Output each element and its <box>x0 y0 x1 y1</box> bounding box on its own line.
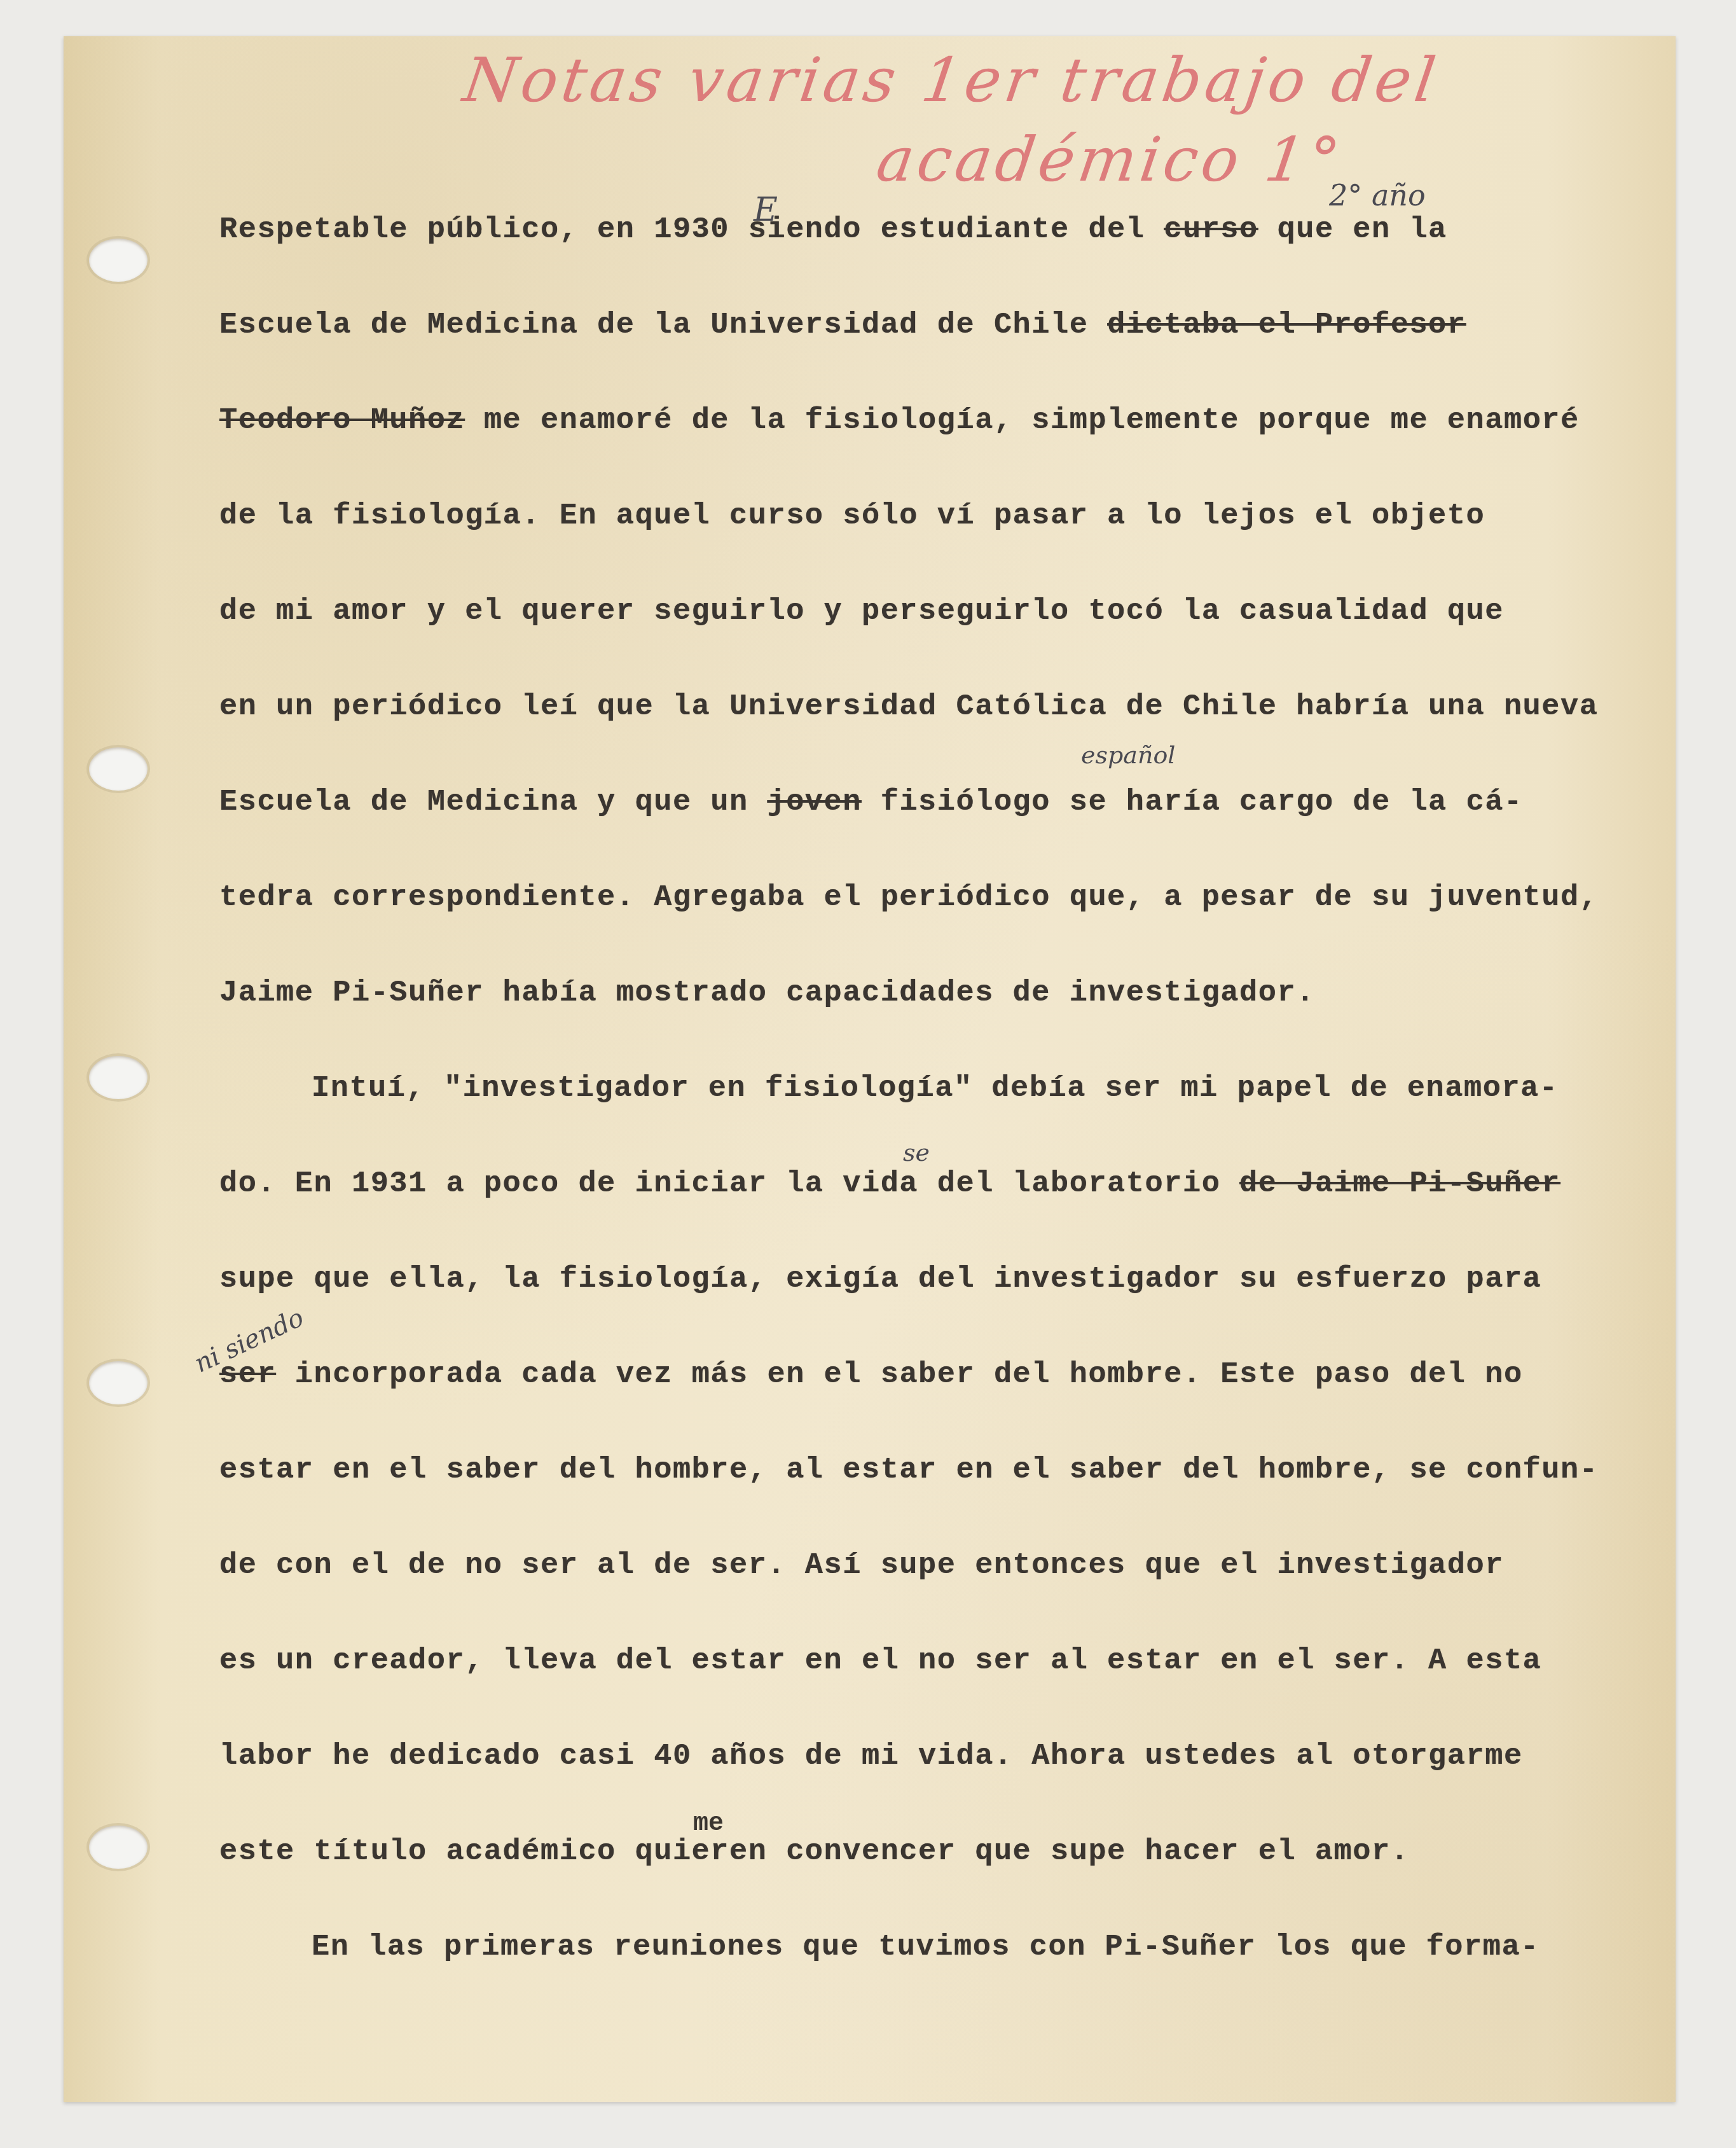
typed-text: Escuela de Medicina y que un <box>219 786 767 819</box>
typed-line: do. En 1931 a poco de iniciar la vida de… <box>219 1167 1560 1201</box>
typed-text: Intuí, "investigador en fisiología" debí… <box>312 1072 1559 1105</box>
struck-text: ser <box>219 1358 276 1392</box>
typed-text: estar en el saber del hombre, al estar e… <box>219 1453 1598 1487</box>
annotation-segundo-ano: 2° año <box>1329 178 1426 212</box>
typed-line: de con el de no ser al de ser. Así supe … <box>219 1549 1504 1583</box>
punch-hole <box>89 1826 148 1869</box>
punch-hole <box>89 747 148 791</box>
typed-text: incorporada cada vez más en el saber del… <box>276 1358 1523 1392</box>
typed-text: en un periódico leí que la Universidad C… <box>219 690 1598 724</box>
punch-hole <box>89 239 148 282</box>
typed-line: labor he dedicado casi 40 años de mi vid… <box>219 1740 1523 1773</box>
typed-text: fisiólogo se haría cargo de la cá- <box>862 786 1523 819</box>
annotation-espanol: español <box>1081 741 1175 769</box>
typed-line: Escuela de Medicina y que un joven fisió… <box>219 786 1523 819</box>
struck-text: Teodoro Muñoz <box>219 404 465 438</box>
punch-hole <box>89 1056 148 1099</box>
typed-line: En las primeras reuniones que tuvimos co… <box>312 1930 1540 1964</box>
typed-line: tedra correspondiente. Agregaba el perió… <box>219 881 1598 915</box>
typed-text: Escuela de Medicina de la Universidad de… <box>219 308 1107 342</box>
handwritten-header-line2: académico 1° <box>872 124 1347 195</box>
annotation-se: se <box>903 1139 930 1167</box>
typed-line: Teodoro Muñoz me enamoré de la fisiologí… <box>219 404 1580 438</box>
typed-line: ser incorporada cada vez más en el saber… <box>219 1358 1523 1392</box>
typed-text: supe que ella, la fisiología, exigía del… <box>219 1263 1541 1296</box>
struck-text: dictaba el Profesor <box>1107 308 1466 342</box>
typed-line: en un periódico leí que la Universidad C… <box>219 690 1598 724</box>
struck-text: joven <box>767 786 862 819</box>
typed-line: este título académico quieren convencer … <box>219 1835 1409 1869</box>
handwritten-header-line1: Notas varias 1er trabajo del <box>459 45 1443 116</box>
typed-line: estar en el saber del hombre, al estar e… <box>219 1453 1598 1487</box>
struck-text: curso <box>1164 213 1258 247</box>
struck-text: de Jaime Pi-Suñer <box>1239 1167 1560 1201</box>
typed-text: do. En 1931 a poco de iniciar la vida de… <box>219 1167 1239 1201</box>
typed-line: Respetable público, en 1930 siendo estud… <box>219 213 1447 247</box>
typed-line: de la fisiología. En aquel curso sólo ví… <box>219 499 1485 533</box>
typed-line: Intuí, "investigador en fisiología" debí… <box>312 1072 1559 1105</box>
typed-line: Escuela de Medicina de la Universidad de… <box>219 308 1466 342</box>
typed-text: este título académico quieren convencer … <box>219 1835 1409 1869</box>
typed-text: Jaime Pi-Suñer había mostrado capacidade… <box>219 976 1315 1010</box>
typed-text: de mi amor y el querer seguirlo y perseg… <box>219 595 1504 628</box>
typed-line: de mi amor y el querer seguirlo y perseg… <box>219 595 1504 628</box>
typed-line: supe que ella, la fisiología, exigía del… <box>219 1263 1541 1296</box>
typed-text: que en la <box>1258 213 1447 247</box>
typed-text: En las primeras reuniones que tuvimos co… <box>312 1930 1540 1964</box>
typed-text: de la fisiología. En aquel curso sólo ví… <box>219 499 1485 533</box>
typed-text: tedra correspondiente. Agregaba el perió… <box>219 881 1598 915</box>
typewritten-page <box>64 36 1676 2102</box>
typed-line: Jaime Pi-Suñer había mostrado capacidade… <box>219 976 1315 1010</box>
typed-text: de con el de no ser al de ser. Así supe … <box>219 1549 1504 1583</box>
typed-text: labor he dedicado casi 40 años de mi vid… <box>219 1740 1523 1773</box>
punch-hole <box>89 1361 148 1404</box>
typed-text: es un creador, lleva del estar en el no … <box>219 1644 1541 1678</box>
typed-line: es un creador, lleva del estar en el no … <box>219 1644 1541 1678</box>
typed-text: Respetable público, en 1930 siendo estud… <box>219 213 1164 247</box>
typed-text: me enamoré de la fisiología, simplemente… <box>465 404 1580 438</box>
annotation-me: me <box>693 1810 724 1838</box>
